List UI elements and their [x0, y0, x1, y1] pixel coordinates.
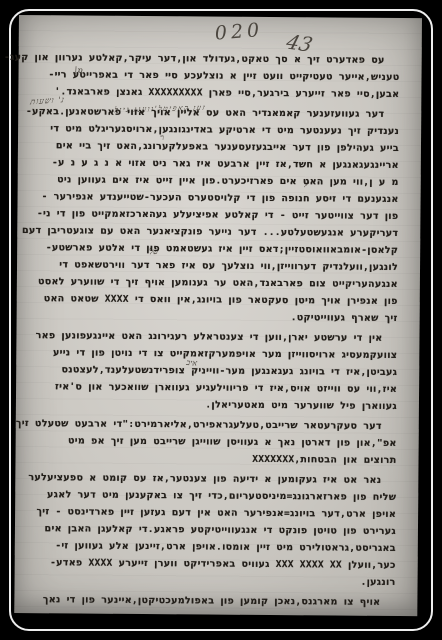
paragraph: אויף צו מארגנס,נאכן קומען פון באפולמעכטי… — [32, 591, 395, 611]
paragraph: עס פאדערט זיך א סך טאקט,געדולד און,דער ע… — [36, 49, 399, 103]
paragraph: דער סעקרעטאר שרייבט,טעלעגראפירט,אליארמיר… — [33, 415, 396, 469]
paragraph: דער געוועזענער קאמאנדיר האט עס אליין אוי… — [35, 103, 400, 327]
typed-line: זיך שארף געווייטיקט. — [35, 307, 398, 327]
typed-line: אפ",און פון דארטן נאך א געוויסן שווייגן … — [34, 432, 397, 452]
typed-line: אבען,סיי פאר זייערע בירגער,סיי פארן XXXX… — [36, 83, 399, 103]
typed-line: תרוצים און הבטחות,XXXXXXX — [33, 449, 396, 469]
typed-line: כער,וועלן XXX XXXX XX געוויס באפרידיקט ו… — [33, 554, 396, 574]
typed-text: עס פאדערט זיך א סך טאקט,געדולד און,דער ע… — [32, 49, 399, 614]
typed-line: רונגען. — [32, 571, 395, 591]
paragraph: אין די ערשטע יארן,ווען די צענטראלע רעגיר… — [34, 327, 398, 415]
paragraph: נאר אט איז געקומען א ידיעה פון צענטער,אז… — [32, 469, 396, 591]
scanned-document-photo: 020 43 |ɒ נ' ושעות זען קאפיטל'ווענג ניול… — [0, 0, 442, 640]
typed-line: פון אנפירן אויך מיטן סעקטאר פון בויונג,א… — [35, 290, 398, 310]
typed-line: געווארן פיל שווערער מיט מאטעריאלן. — [34, 395, 397, 415]
typed-line: אויף צו מארגנס,נאכן קומען פון באפולמעכטי… — [32, 591, 395, 611]
typed-line: איז,ווי עס ווייזט אויס,איז די פריווילעגי… — [34, 378, 397, 398]
handwritten-number-left: 020 — [214, 19, 264, 45]
document-page: 020 43 |ɒ נ' ושעות זען קאפיטל'ווענג ניול… — [14, 15, 422, 616]
